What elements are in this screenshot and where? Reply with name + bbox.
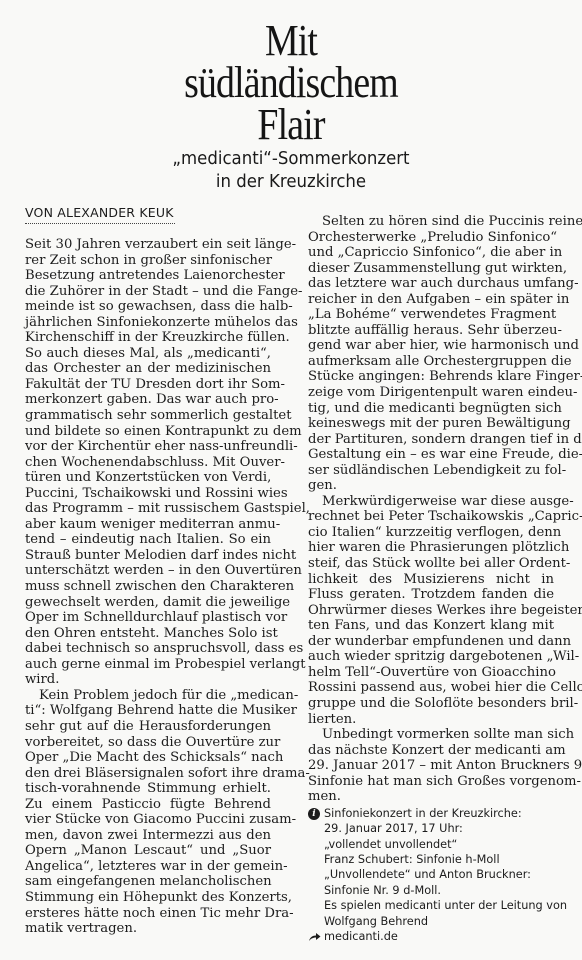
info-box: i Sinfoniekonzert in der Kreuzkirche: 29… bbox=[308, 806, 554, 945]
left-paragraphs: Seit 30 Jahren verzaubert ein seit länge… bbox=[25, 237, 271, 937]
headline-line: Flair bbox=[41, 104, 542, 146]
text-line: chen Wochenendabschluss. Mit Ouver- bbox=[25, 455, 271, 471]
text-line: tisch-vorahnende Stimmung erhielt. bbox=[25, 781, 271, 797]
text-line: dabei technisch so anspruchsvoll, dass e… bbox=[25, 641, 271, 657]
info-icon: i bbox=[308, 808, 320, 820]
right-column: Selten zu hören sind die Puccinis reineO… bbox=[308, 205, 554, 944]
text-line: Merkwürdigerweise war diese ausge- bbox=[308, 494, 554, 510]
text-line: und bildete so einen Kontrapunkt zu dem bbox=[25, 424, 271, 440]
left-column: VON ALEXANDER KEUK Seit 30 Jahren verzau… bbox=[25, 205, 271, 937]
text-line: Stücke angingen: Behrends klare Finger- bbox=[308, 369, 554, 385]
info-line: Wolfgang Behrend bbox=[308, 914, 554, 929]
text-line: rer Zeit schon in großer sinfonischer bbox=[25, 253, 271, 269]
text-line: aber kaum weniger mediterran anmu- bbox=[25, 517, 271, 533]
text-line: cio Italien“ kurzzeitig verflogen, denn bbox=[308, 525, 554, 541]
text-line: vier Stücke von Giacomo Puccini zusam- bbox=[25, 812, 271, 828]
paragraph: Unbedingt vormerken sollte man sichdas n… bbox=[308, 727, 554, 805]
text-line: men, davon zwei Intermezzi aus den bbox=[25, 828, 271, 844]
text-line: Gestaltung ein – es war eine Freude, die… bbox=[308, 447, 554, 463]
text-line: sehr gut auf die Herausforderungen bbox=[25, 719, 271, 735]
text-line: der wunderbar empfundenen und dann bbox=[308, 634, 554, 650]
paragraph: Merkwürdigerweise war diese ausge-rechne… bbox=[308, 494, 554, 727]
text-line: die Zuhörer in der Stadt – und die Fange… bbox=[25, 284, 271, 300]
text-line: Rossini passend aus, wobei hier die Cell… bbox=[308, 680, 554, 696]
paragraph: Kein Problem jedoch für die „medican-ti“… bbox=[25, 688, 271, 937]
info-line: 29. Januar 2017, 17 Uhr: bbox=[308, 821, 554, 836]
text-line: sam eingefangenen melancholischen bbox=[25, 874, 271, 890]
spacer bbox=[308, 205, 554, 214]
text-line: Unbedingt vormerken sollte man sich bbox=[308, 727, 554, 743]
text-line: Oper im Schnelldurchlauf plastisch vor bbox=[25, 610, 271, 626]
text-line: ser südländischen Lebendigkeit zu fol- bbox=[308, 463, 554, 479]
text-line: das nächste Konzert der medicanti am bbox=[308, 743, 554, 759]
arrow-icon bbox=[308, 932, 321, 942]
text-line: meinde ist so gewachsen, dass die halb- bbox=[25, 299, 271, 315]
text-line: das letztere war auch durchaus umfang- bbox=[308, 276, 554, 292]
info-text: Sinfoniekonzert in der Kreuzkirche: bbox=[324, 807, 522, 820]
text-line: blitzte auffällig heraus. Sehr überzeu- bbox=[308, 323, 554, 339]
text-line: zeige vom Dirigentenpult waren eindeu- bbox=[308, 385, 554, 401]
info-line: „vollendet unvollendet“ bbox=[308, 837, 554, 852]
text-line: aufmerksam alle Orchestergruppen die bbox=[308, 354, 554, 370]
text-line: jährlichen Sinfoniekonzerte mühelos das bbox=[25, 315, 271, 331]
text-line: reicher in den Aufgaben – ein später in bbox=[308, 292, 554, 308]
headline-line: Mit bbox=[41, 20, 542, 62]
text-line: Selten zu hören sind die Puccinis reine bbox=[308, 214, 554, 230]
info-line: i Sinfoniekonzert in der Kreuzkirche: bbox=[308, 806, 554, 821]
text-line: und „Capriccio Sinfonico“, die aber in bbox=[308, 245, 554, 261]
right-paragraphs: Selten zu hören sind die Puccinis reineO… bbox=[308, 214, 554, 805]
paragraph: Seit 30 Jahren verzaubert ein seit länge… bbox=[25, 237, 271, 688]
link-label[interactable]: medicanti.de bbox=[324, 930, 398, 943]
text-line: dieser Zusammenstellung gut wirkten, bbox=[308, 261, 554, 277]
text-line: matik vertragen. bbox=[25, 921, 271, 937]
text-line: Kirchenschiff in der Kreuzkirche füllen. bbox=[25, 330, 271, 346]
text-line: lierten. bbox=[308, 712, 554, 728]
text-line: Stimmung ein Höhepunkt des Konzerts, bbox=[25, 890, 271, 906]
text-line: So auch dieses Mal, als „medicanti“, bbox=[25, 346, 271, 362]
text-line: türen und Konzertstücken von Verdi, bbox=[25, 470, 271, 486]
text-line: ersteres hätte noch einen Tic mehr Dra- bbox=[25, 906, 271, 922]
text-line: gen. bbox=[308, 478, 554, 494]
text-line: den Ohren entsteht. Manches Solo ist bbox=[25, 626, 271, 642]
text-line: Orchesterwerke „Preludio Sinfonico“ bbox=[308, 230, 554, 246]
text-line: Seit 30 Jahren verzaubert ein seit länge… bbox=[25, 237, 271, 253]
info-line: Es spielen medicanti unter der Leitung v… bbox=[308, 898, 554, 913]
text-line: lichkeit des Musizierens nicht in bbox=[308, 572, 554, 588]
text-line: Besetzung antretendes Laienorchester bbox=[25, 268, 271, 284]
text-line: ti“: Wolfgang Behrend hatte die Musiker bbox=[25, 703, 271, 719]
text-line: Opern „Manon Lescaut“ und „Suor bbox=[25, 843, 271, 859]
text-line: Fluss geraten. Trotzdem fanden die bbox=[308, 587, 554, 603]
text-line: gend war aber hier, wie harmonisch und bbox=[308, 338, 554, 354]
text-line: vorbereitet, so dass die Ouvertüre zur bbox=[25, 735, 271, 751]
text-line: unterschätzt werden – in den Ouvertüren bbox=[25, 563, 271, 579]
text-line: wird. bbox=[25, 672, 271, 688]
text-line: tend – eindeutig nach Italien. So ein bbox=[25, 532, 271, 548]
headline: Mit südländischem Flair bbox=[41, 20, 542, 146]
headline-line: südländischem bbox=[41, 62, 542, 104]
text-line: keineswegs mit der puren Bewältigung bbox=[308, 416, 554, 432]
byline: VON ALEXANDER KEUK bbox=[25, 205, 175, 224]
text-line: helm Tell“-Ouvertüre von Gioacchino bbox=[308, 665, 554, 681]
text-line: gruppe und die Soloflöte besonders bril- bbox=[308, 696, 554, 712]
text-line: Fakultät der TU Dresden dort ihr Som- bbox=[25, 377, 271, 393]
info-line: Franz Schubert: Sinfonie h-Moll bbox=[308, 852, 554, 867]
text-line: das Orchester an der medizinischen bbox=[25, 361, 271, 377]
text-line: gewechselt werden, damit die jeweilige bbox=[25, 595, 271, 611]
website-link[interactable]: medicanti.de bbox=[308, 929, 554, 944]
text-line: muss schnell zwischen den Charakteren bbox=[25, 579, 271, 595]
text-line: men. bbox=[308, 789, 554, 805]
text-line: Ohrwürmer dieses Werkes ihre begeister- bbox=[308, 603, 554, 619]
text-line: den drei Bläsersignalen sofort ihre dram… bbox=[25, 766, 271, 782]
text-line: steif, das Stück wollte bei aller Ordent… bbox=[308, 556, 554, 572]
text-line: grammatisch sehr sommerlich gestaltet bbox=[25, 408, 271, 424]
text-line: „La Bohéme“ verwendetes Fragment bbox=[308, 307, 554, 323]
subheadline-line: in der Kreuzkirche bbox=[23, 170, 558, 193]
text-line: tig, und die medicanti begnügten sich bbox=[308, 401, 554, 417]
text-line: Oper „Die Macht des Schicksals“ nach bbox=[25, 750, 271, 766]
text-line: 29. Januar 2017 – mit Anton Bruckners 9. bbox=[308, 758, 554, 774]
text-line: der Partituren, sondern drangen tief in … bbox=[308, 432, 554, 448]
text-line: rechnet bei Peter Tschaikowskis „Capric- bbox=[308, 509, 554, 525]
text-line: hier waren die Phrasierungen plötzlich bbox=[308, 540, 554, 556]
text-line: vor der Kirchentür eher nass-unfreundli- bbox=[25, 439, 271, 455]
text-line: ten Fans, und das Konzert klang mit bbox=[308, 618, 554, 634]
text-line: merkonzert gaben. Das war auch pro- bbox=[25, 392, 271, 408]
paragraph: Selten zu hören sind die Puccinis reineO… bbox=[308, 214, 554, 494]
info-line: Sinfonie Nr. 9 d-Moll. bbox=[308, 883, 554, 898]
text-line: Kein Problem jedoch für die „medican- bbox=[25, 688, 271, 704]
text-line: Zu einem Pasticcio fügte Behrend bbox=[25, 797, 271, 813]
text-line: Strauß bunter Melodien darf indes nicht bbox=[25, 548, 271, 564]
subheadline-line: „medicanti“-Sommerkonzert bbox=[23, 147, 558, 170]
text-line: Puccini, Tschaikowski und Rossini wies bbox=[25, 486, 271, 502]
text-line: das Programm – mit russischem Gastspiel, bbox=[25, 501, 271, 517]
text-line: Angelica“, letzteres war in der gemein- bbox=[25, 859, 271, 875]
info-line: „Unvollendete“ und Anton Bruckner: bbox=[308, 867, 554, 882]
subheadline: „medicanti“-Sommerkonzert in der Kreuzki… bbox=[23, 147, 558, 193]
text-line: auch wieder spritzig dargebotenen „Wil- bbox=[308, 649, 554, 665]
text-line: Sinfonie hat man sich Großes vorgenom- bbox=[308, 774, 554, 790]
text-line: auch gerne einmal im Probespiel verlangt bbox=[25, 657, 271, 673]
